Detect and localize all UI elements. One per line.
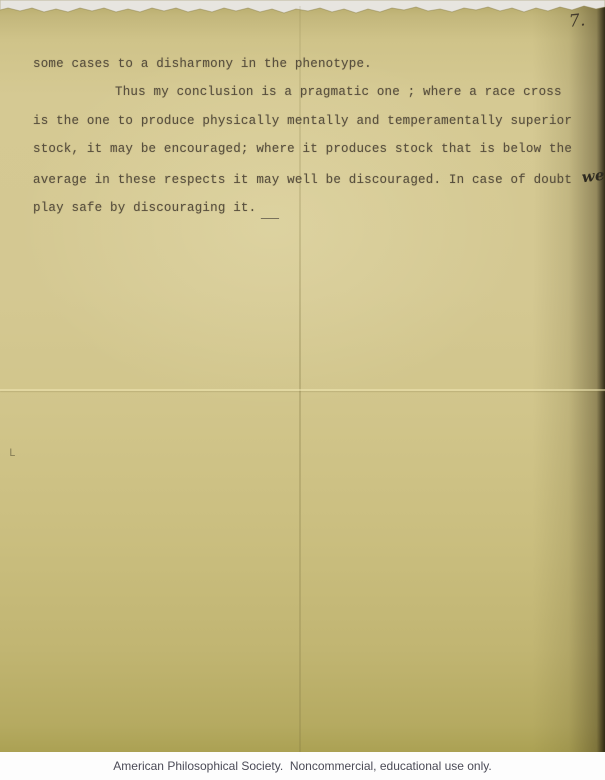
typed-line-5-text: average in these respects it may well be…	[33, 173, 572, 187]
section-break-dash: —	[261, 211, 279, 226]
typed-line-2: Thus my conclusion is a pragmatic one ; …	[33, 78, 591, 106]
stray-pencil-mark: L	[9, 448, 16, 460]
document-scan: 7. some cases to a disharmony in the phe…	[0, 0, 605, 752]
typed-line-1: some cases to a disharmony in the phenot…	[33, 50, 591, 78]
typed-line-4: stock, it may be encouraged; where it pr…	[33, 135, 591, 163]
handwritten-insert: we	[580, 160, 605, 191]
credit-text: American Philosophical Society. Noncomme…	[113, 759, 491, 773]
typed-line-3: is the one to produce physically mentall…	[33, 107, 591, 135]
credit-bar: American Philosophical Society. Noncomme…	[0, 752, 605, 780]
torn-paper-edge	[0, 0, 605, 18]
typed-line-6: play safe by discouraging it.	[33, 194, 591, 222]
page-number: 7.	[568, 10, 586, 32]
horizontal-fold-crease	[0, 389, 605, 391]
typed-line-5: average in these respects it may well be…	[33, 164, 591, 194]
typed-paragraph: some cases to a disharmony in the phenot…	[33, 50, 591, 222]
